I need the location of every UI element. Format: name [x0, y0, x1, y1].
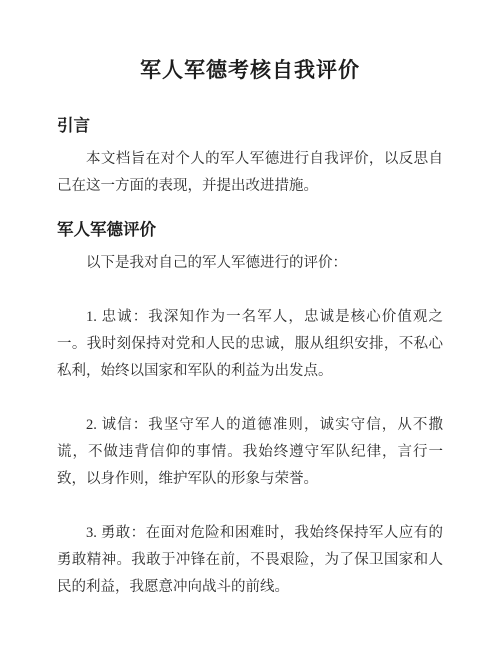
document-page: 军人军德考核自我评价 引言 本文档旨在对个人的军人军德进行自我评价，以反思自己在… [0, 0, 500, 647]
section-introduction: 引言 本文档旨在对个人的军人军德进行自我评价，以反思自己在这一方面的表现，并提出… [57, 116, 443, 200]
section-heading-evaluation: 军人军德评价 [57, 220, 443, 241]
section-heading-introduction: 引言 [57, 116, 443, 137]
evaluation-intro-paragraph: 以下是我对自己的军人军德进行的评价： [57, 250, 443, 277]
evaluation-item-loyalty: 1. 忠诚：我深知作为一名军人，忠诚是核心价值观之一。我时刻保持对党和人民的忠诚… [57, 304, 443, 385]
evaluation-item-bravery: 3. 勇敢：在面对危险和困难时，我始终保持军人应有的勇敢精神。我敢于冲锋在前，不… [57, 520, 443, 601]
evaluation-item-integrity: 2. 诚信：我坚守军人的道德准则，诚实守信，从不撒谎，不做违背信仰的事情。我始终… [57, 412, 443, 493]
section-evaluation: 军人军德评价 以下是我对自己的军人军德进行的评价： 1. 忠诚：我深知作为一名军… [57, 220, 443, 601]
document-title: 军人军德考核自我评价 [57, 58, 443, 84]
introduction-paragraph: 本文档旨在对个人的军人军德进行自我评价，以反思自己在这一方面的表现，并提出改进措… [57, 146, 443, 200]
